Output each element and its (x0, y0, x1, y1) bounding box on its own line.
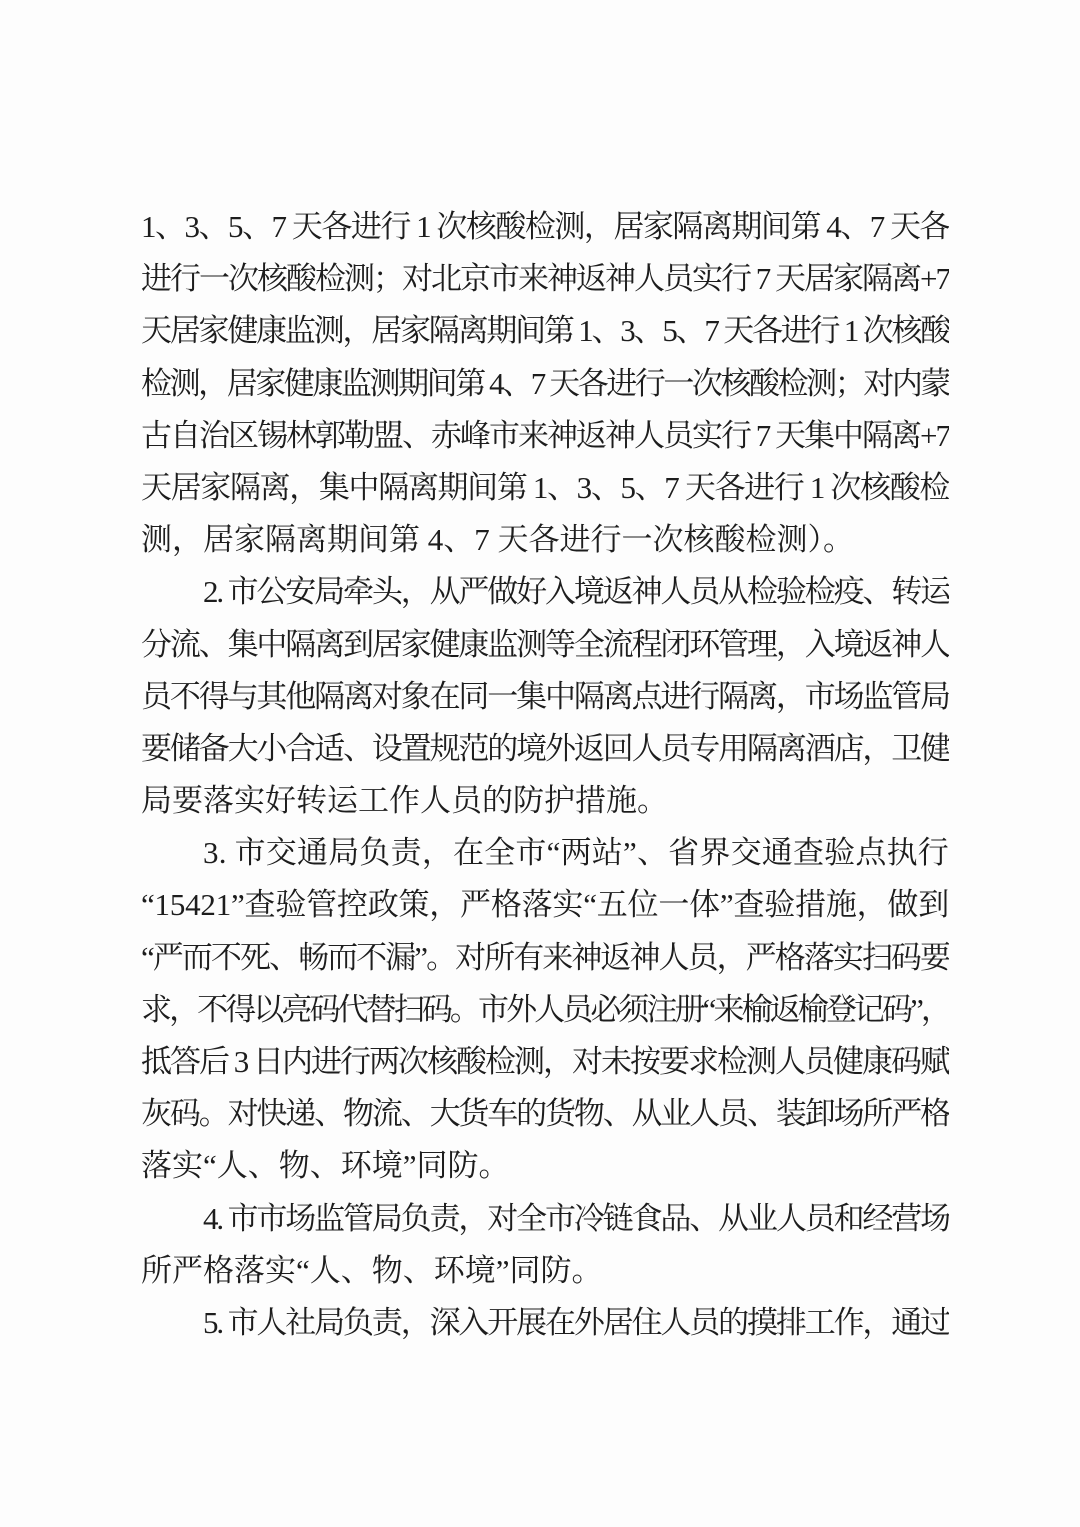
text-line-content: “严而不死、畅而不漏”。对所有来神返神人员，严格落实扫码要 (141, 940, 949, 975)
text-line-content: 灰码。对快递、物流、大货车的货物、从业人员、装卸场所严格 (141, 1096, 949, 1131)
text-line-content: 抵答后 3 日内进行两次核酸检测，对未按要求检测人员健康码赋 (141, 1044, 949, 1079)
text-line: 天居家健康监测，居家隔离期间第 1、3、5、7 天各进行 1 次核酸 (141, 305, 949, 357)
text-line: 要储备大小合适、设置规范的境外返回人员专用隔离酒店，卫健 (141, 723, 949, 775)
text-line-content: 分流、集中隔离到居家健康监测等全流程闭环管理，入境返神人 (141, 627, 949, 662)
text-line-content: 测，居家隔离期间第 4、7 天各进行一次核酸检测）。 (141, 522, 854, 557)
text-line: 进行一次核酸检测；对北京市来神返神人员实行 7 天居家隔离+7 (141, 253, 949, 305)
text-line-content: 要储备大小合适、设置规范的境外返回人员专用隔离酒店，卫健 (141, 731, 949, 766)
text-line: 抵答后 3 日内进行两次核酸检测，对未按要求检测人员健康码赋 (141, 1036, 949, 1088)
text-line-content: 1、3、5、7 天各进行 1 次核酸检测，居家隔离期间第 4、7 天各 (141, 209, 949, 244)
text-line-content: 局要落实好转运工作人员的防护措施。 (141, 783, 668, 818)
text-line-content: 进行一次核酸检测；对北京市来神返神人员实行 7 天居家隔离+7 (141, 261, 949, 296)
text-line: 分流、集中隔离到居家健康监测等全流程闭环管理，入境返神人 (141, 619, 949, 671)
text-line: “15421”查验管控政策，严格落实“五位一体”查验措施，做到 (141, 879, 949, 931)
text-line: 天居家隔离，集中隔离期间第 1、3、5、7 天各进行 1 次核酸检 (141, 462, 949, 514)
text-line-content: “15421”查验管控政策，严格落实“五位一体”查验措施，做到 (141, 887, 949, 922)
text-line-content: 所严格落实“人、物、环境”同防。 (141, 1253, 603, 1288)
text-line: 古自治区锡林郭勒盟、赤峰市来神返神人员实行 7 天集中隔离+7 (141, 410, 949, 462)
text-line: 测，居家隔离期间第 4、7 天各进行一次核酸检测）。 (141, 514, 949, 566)
text-line-content: 求，不得以亮码代替扫码。市外人员必须注册“来榆返榆登记码”， (141, 992, 949, 1027)
text-line: 1、3、5、7 天各进行 1 次核酸检测，居家隔离期间第 4、7 天各 (141, 201, 949, 253)
text-line-content: 天居家健康监测，居家隔离期间第 1、3、5、7 天各进行 1 次核酸 (141, 313, 949, 348)
text-line-content: 天居家隔离，集中隔离期间第 1、3、5、7 天各进行 1 次核酸检 (141, 470, 949, 505)
text-line: 落实“人、物、环境”同防。 (141, 1140, 949, 1192)
document-page: 1、3、5、7 天各进行 1 次核酸检测，居家隔离期间第 4、7 天各进行一次核… (0, 0, 1080, 1527)
text-line-content: 4. 市市场监管局负责，对全市冷链食品、从业人员和经营场 (203, 1201, 949, 1236)
text-line-content: 5. 市人社局负责，深入开展在外居住人员的摸排工作，通过 (203, 1305, 949, 1340)
text-line: 2. 市公安局牵头，从严做好入境返神人员从检验检疫、转运 (141, 566, 949, 618)
text-line: 3. 市交通局负责，在全市“两站”、省界交通查验点执行 (141, 827, 949, 879)
text-line: “严而不死、畅而不漏”。对所有来神返神人员，严格落实扫码要 (141, 932, 949, 984)
text-line-content: 落实“人、物、环境”同防。 (141, 1148, 510, 1183)
text-line: 所严格落实“人、物、环境”同防。 (141, 1245, 949, 1297)
text-line: 员不得与其他隔离对象在同一集中隔离点进行隔离，市场监管局 (141, 671, 949, 723)
text-line: 局要落实好转运工作人员的防护措施。 (141, 775, 949, 827)
text-line-content: 检测，居家健康监测期间第 4、7 天各进行一次核酸检测；对内蒙 (141, 366, 949, 401)
text-line: 求，不得以亮码代替扫码。市外人员必须注册“来榆返榆登记码”， (141, 984, 949, 1036)
text-line: 5. 市人社局负责，深入开展在外居住人员的摸排工作，通过 (141, 1297, 949, 1349)
text-line-content: 员不得与其他隔离对象在同一集中隔离点进行隔离，市场监管局 (141, 679, 949, 714)
text-line-content: 古自治区锡林郭勒盟、赤峰市来神返神人员实行 7 天集中隔离+7 (141, 418, 949, 453)
text-line-content: 3. 市交通局负责，在全市“两站”、省界交通查验点执行 (203, 835, 949, 870)
text-line-content: 2. 市公安局牵头，从严做好入境返神人员从检验检疫、转运 (203, 574, 949, 609)
text-line: 灰码。对快递、物流、大货车的货物、从业人员、装卸场所严格 (141, 1088, 949, 1140)
text-line: 检测，居家健康监测期间第 4、7 天各进行一次核酸检测；对内蒙 (141, 358, 949, 410)
document-body: 1、3、5、7 天各进行 1 次核酸检测，居家隔离期间第 4、7 天各进行一次核… (141, 201, 949, 1349)
text-line: 4. 市市场监管局负责，对全市冷链食品、从业人员和经营场 (141, 1193, 949, 1245)
